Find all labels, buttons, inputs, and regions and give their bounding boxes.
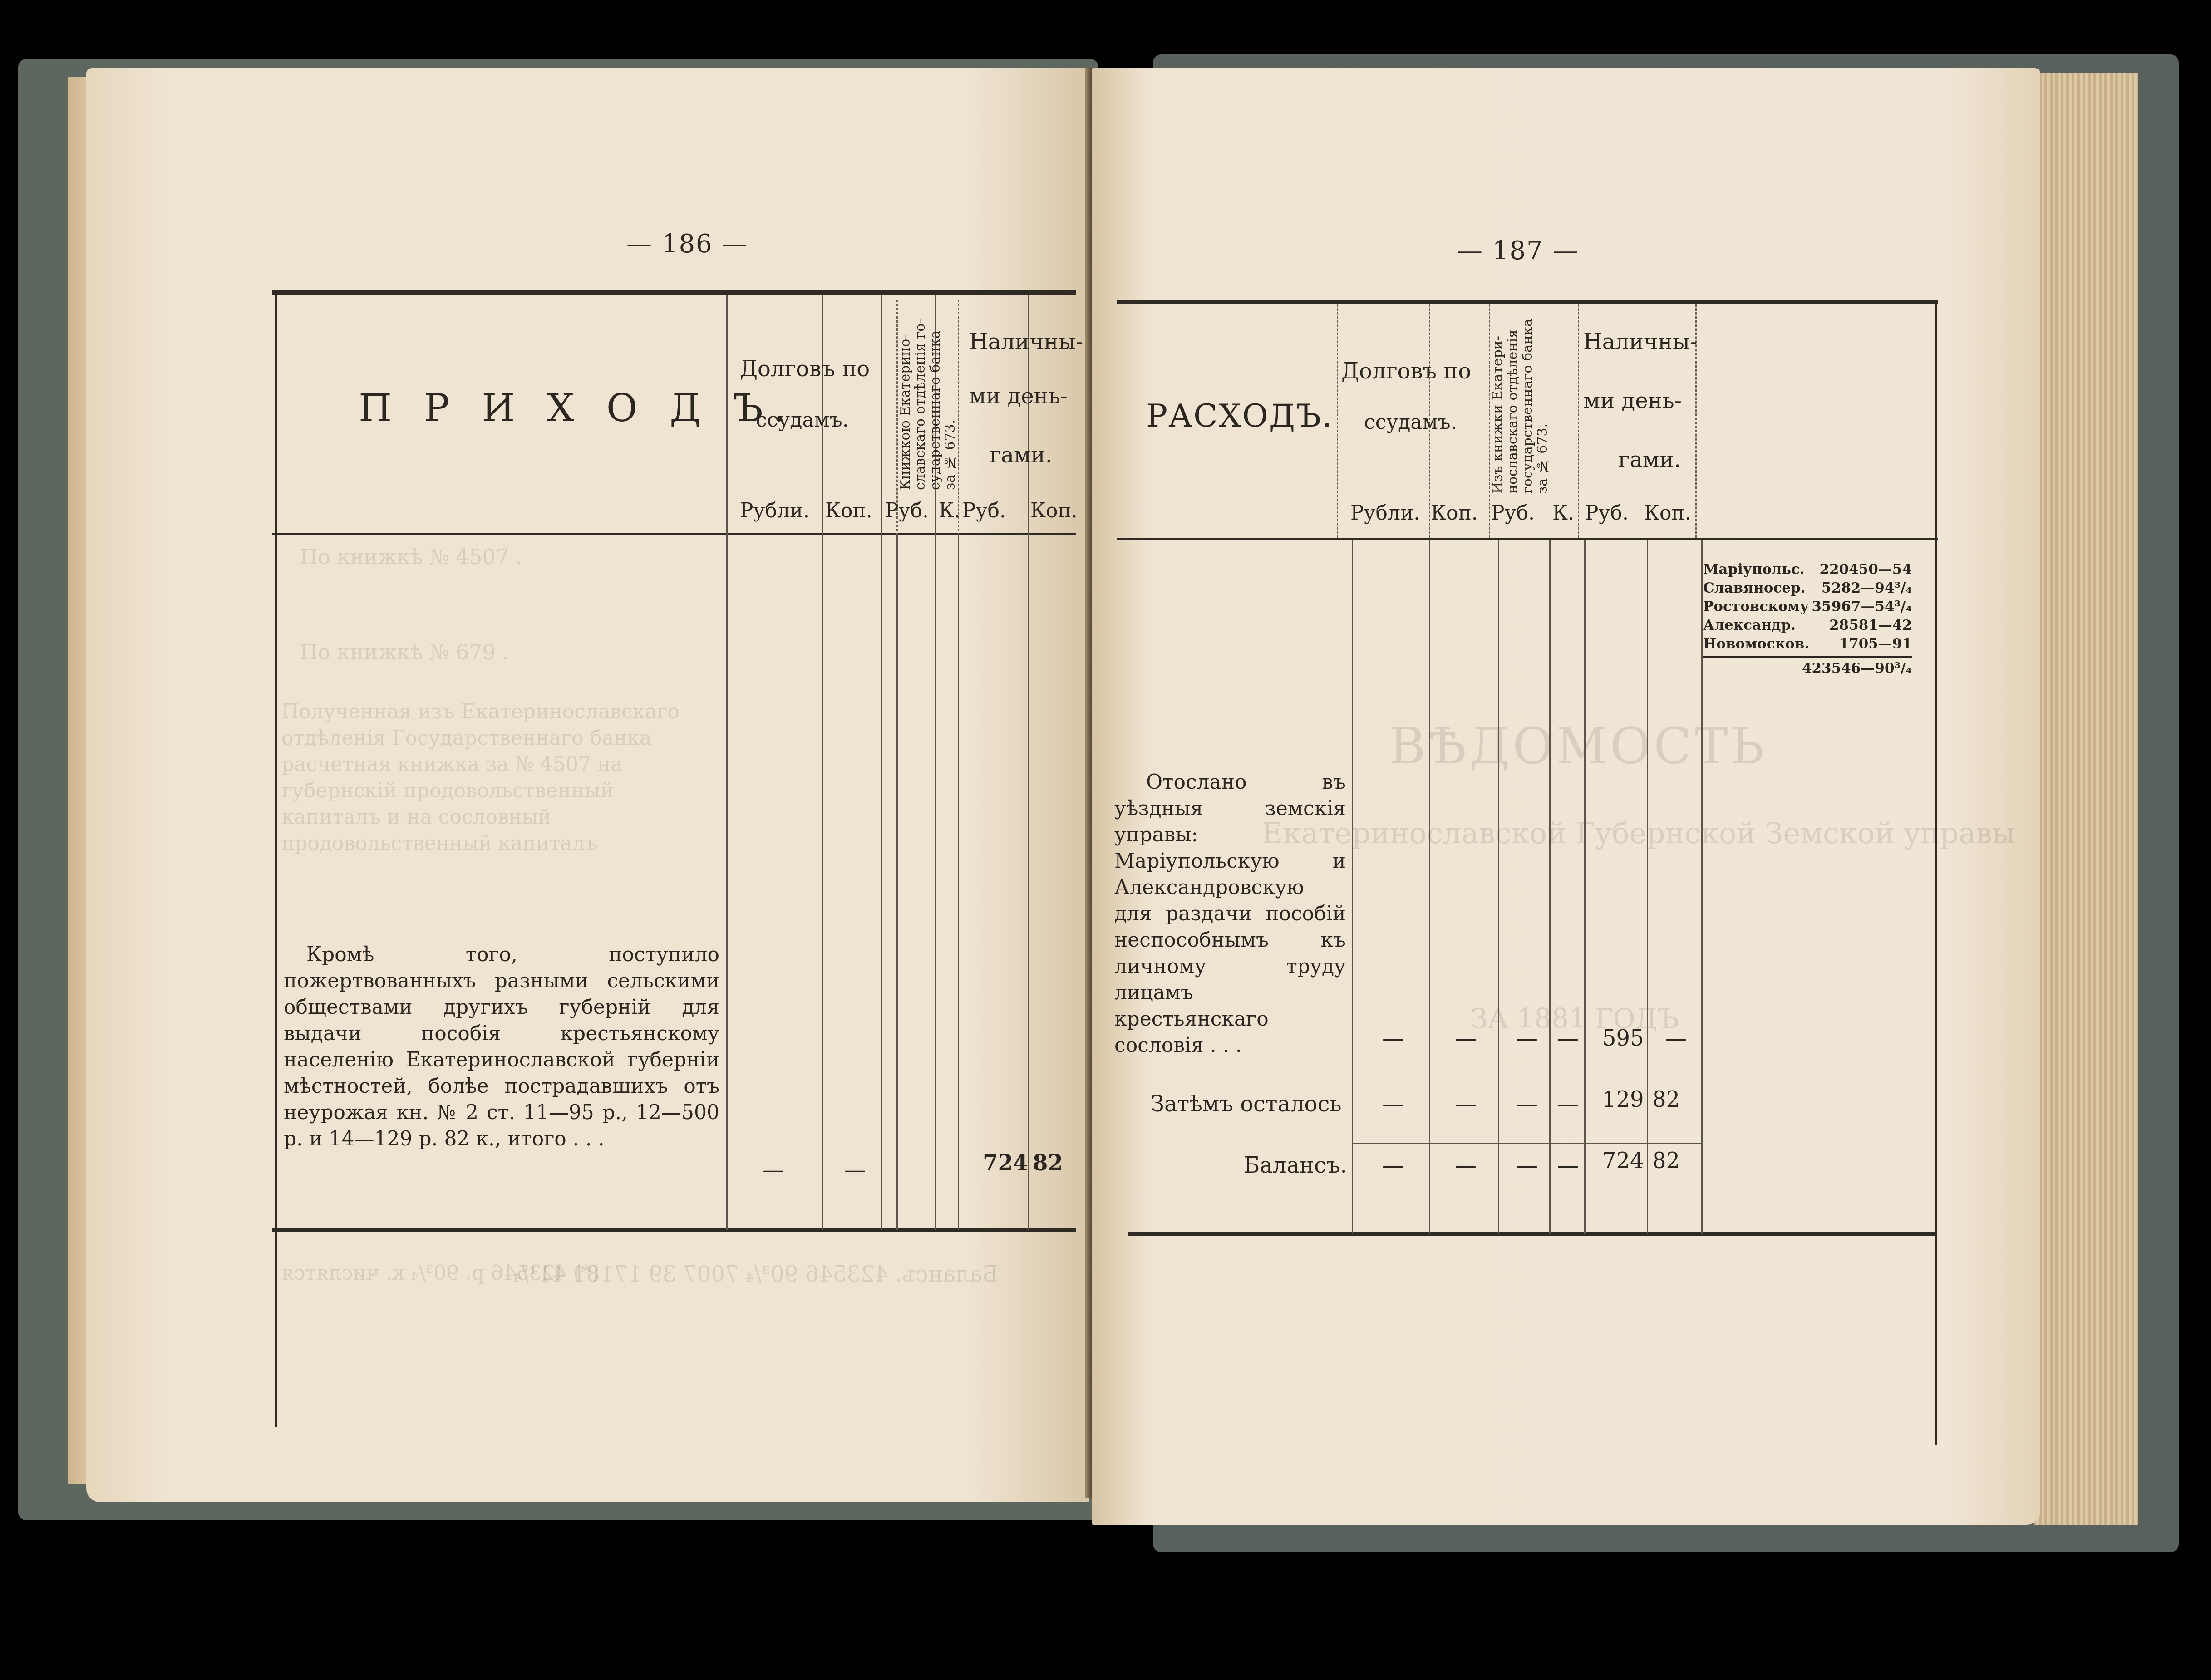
bleed-through-text: ВѢДОМОСТЬ bbox=[1389, 717, 1767, 775]
bankbook-header: Книжкою Екатерино- славскаго отдѣленія г… bbox=[898, 300, 958, 490]
loans-header-line1: Долговъ по bbox=[740, 356, 870, 382]
row-loans-rub: — bbox=[1382, 1153, 1404, 1178]
column-divider bbox=[881, 295, 882, 1230]
row-loans-rub: — bbox=[1382, 1091, 1404, 1117]
bankbook-header-line: государственнаго банка bbox=[1520, 319, 1536, 494]
bankbook-header: Изъ книжки Екатери- нославскаго отдѣлені… bbox=[1490, 303, 1550, 494]
table-left-border bbox=[275, 293, 277, 1427]
cash-sub-kop: Коп. bbox=[1644, 501, 1691, 525]
cash-sub-kop: Коп. bbox=[1030, 499, 1078, 522]
summary-amount: 1705—91 bbox=[1839, 635, 1912, 653]
bankbook-header-line: Изъ книжки Екатери- bbox=[1490, 336, 1506, 494]
column-divider bbox=[1549, 540, 1551, 1234]
row-cash-rub: 724 bbox=[1602, 1148, 1644, 1174]
row-description: Балансъ. bbox=[1244, 1153, 1347, 1178]
cash-header-line2: ми день- bbox=[1583, 388, 1682, 413]
column-divider bbox=[1701, 540, 1703, 1234]
row-cash-rub: 129 bbox=[1602, 1087, 1644, 1112]
summary-district: Новомосков. bbox=[1703, 635, 1809, 653]
column-divider bbox=[1337, 304, 1338, 538]
row-cash-kop: 82 bbox=[1652, 1148, 1680, 1174]
cash-sub-rub: Руб. bbox=[962, 499, 1006, 522]
bankbook-header-line: за № 673. bbox=[1535, 423, 1551, 494]
loans-sub-kop: Коп. bbox=[1431, 501, 1478, 525]
bleed-through-text: По книжкѣ № 679 . bbox=[300, 640, 509, 664]
summary-amount: 5282—94³/₄ bbox=[1822, 579, 1912, 598]
cash-sub-rub: Руб. bbox=[1585, 501, 1629, 525]
table-top-rule bbox=[272, 290, 1076, 295]
cash-header-line3: гами. bbox=[1618, 447, 1681, 472]
bleed-through-text: Балансъ. 423546 90³/₄ 7007 39 17181 41¹/… bbox=[513, 1262, 999, 1287]
column-divider bbox=[1584, 540, 1586, 1234]
bankbook-header-line: за № 673. bbox=[942, 420, 958, 490]
bankbook-sub-rub: Руб. bbox=[885, 499, 929, 522]
row-loans-kop: — bbox=[844, 1157, 866, 1183]
row-bank-kop: — bbox=[1557, 1153, 1579, 1178]
summary-amount: 220450—54 bbox=[1819, 560, 1912, 579]
column-divider bbox=[1578, 304, 1579, 538]
summary-row: Славяносер. 5282—94³/₄ bbox=[1703, 579, 1912, 598]
row-description: Отослано въ уѣздныя земскія управы: Марі… bbox=[1114, 769, 1346, 1059]
row-description: Затѣмъ осталось bbox=[1151, 1091, 1342, 1117]
table-right-border bbox=[1935, 302, 1937, 1445]
row-loans-kop: — bbox=[1455, 1026, 1477, 1051]
bleed-through-text: По книжкѣ № 4507 . bbox=[300, 545, 522, 569]
column-divider bbox=[1498, 540, 1499, 1234]
row-description: Кромѣ того, поступило пожертвованныхъ ра… bbox=[284, 942, 719, 1152]
cash-header-line1: Наличны- bbox=[969, 329, 1083, 354]
summary-row: Новомосков. 1705—91 bbox=[1703, 635, 1912, 653]
summary-district: Маріупольс. bbox=[1703, 560, 1805, 579]
bankbook-sub-kop: К. bbox=[939, 499, 960, 522]
row-bank-rub: — bbox=[1516, 1153, 1538, 1178]
page-number-left: — 186 — bbox=[626, 229, 748, 259]
bankbook-header-line: сударственнаго банка bbox=[927, 330, 943, 490]
summary-amount: 35967—54³/₄ bbox=[1812, 598, 1912, 616]
summary-total: 423546—90³/₄ bbox=[1703, 656, 1912, 678]
bleed-through-text: Полученная изъ Екатеринославскаго отдѣле… bbox=[281, 699, 713, 857]
row-loans-kop: — bbox=[1455, 1153, 1477, 1178]
column-divider bbox=[1028, 295, 1029, 1230]
balance-rule bbox=[1352, 1143, 1701, 1144]
loans-header-line2: ссудамъ. bbox=[1364, 411, 1457, 434]
row-bank-rub: — bbox=[1516, 1026, 1538, 1051]
row-cash-kop: 82 bbox=[1033, 1150, 1063, 1176]
bankbook-sub-kop: К. bbox=[1552, 501, 1574, 525]
header-rule bbox=[1117, 538, 1938, 540]
page-edges-right bbox=[2034, 73, 2138, 1525]
summary-district: Александр. bbox=[1703, 616, 1796, 635]
district-summary: Маріупольс. 220450—54 Славяносер. 5282—9… bbox=[1703, 560, 1912, 678]
column-divider bbox=[1647, 540, 1648, 1234]
row-bank-kop: — bbox=[1557, 1026, 1579, 1051]
column-divider bbox=[822, 295, 823, 1230]
bankbook-header-line: нославскаго отдѣленія bbox=[1505, 329, 1521, 494]
summary-amount: 28581—42 bbox=[1829, 616, 1912, 635]
summary-district: Ростовскому bbox=[1703, 598, 1809, 616]
column-divider bbox=[958, 535, 959, 1230]
header-rule bbox=[272, 533, 1076, 535]
table-bottom-rule bbox=[272, 1228, 1076, 1232]
summary-row: Маріупольс. 220450—54 bbox=[1703, 560, 1912, 579]
cash-header-line2: ми день- bbox=[969, 383, 1068, 409]
row-bank-rub: — bbox=[1516, 1091, 1538, 1117]
summary-district: Славяносер. bbox=[1703, 579, 1806, 598]
row-cash-rub: 724 bbox=[983, 1150, 1028, 1176]
loans-header-line1: Долговъ по bbox=[1341, 359, 1471, 384]
column-divider bbox=[1429, 540, 1430, 1234]
page-number-right: — 187 — bbox=[1457, 236, 1579, 265]
column-divider bbox=[896, 535, 898, 1230]
table-bottom-rule bbox=[1128, 1232, 1936, 1236]
loans-sub-kop: Коп. bbox=[825, 499, 872, 522]
bleed-through-text: Екатеринославской Губернской Земской упр… bbox=[1262, 817, 2015, 850]
loans-header-line2: ссудамъ. bbox=[756, 408, 849, 432]
row-cash-kop: — bbox=[1665, 1026, 1687, 1051]
column-divider bbox=[1352, 540, 1353, 1234]
cash-header-line1: Наличны- bbox=[1583, 329, 1697, 354]
row-bank-kop: — bbox=[1557, 1091, 1579, 1117]
column-divider bbox=[726, 295, 728, 1230]
summary-row: Александр. 28581—42 bbox=[1703, 616, 1912, 635]
loans-sub-rub: Рубли. bbox=[740, 499, 809, 522]
row-loans-kop: — bbox=[1455, 1091, 1477, 1117]
bankbook-header-line: Книжкою Екатерино- bbox=[897, 334, 913, 490]
row-loans-rub: — bbox=[1382, 1026, 1404, 1051]
row-cash-kop: 82 bbox=[1652, 1087, 1680, 1112]
loans-sub-rub: Рубли. bbox=[1350, 501, 1420, 525]
cash-header-line3: гами. bbox=[990, 442, 1052, 468]
bankbook-sub-rub: Руб. bbox=[1491, 501, 1535, 525]
table-title-income: П Р И Х О Д Ъ. bbox=[359, 386, 795, 430]
bankbook-header-line: славскаго отдѣленія го- bbox=[912, 319, 928, 490]
table-title-expense: РАСХОДЪ. bbox=[1146, 397, 1333, 434]
row-cash-rub: 595 bbox=[1602, 1026, 1644, 1051]
row-loans-rub: — bbox=[763, 1157, 784, 1183]
summary-row: Ростовскому 35967—54³/₄ bbox=[1703, 598, 1912, 616]
